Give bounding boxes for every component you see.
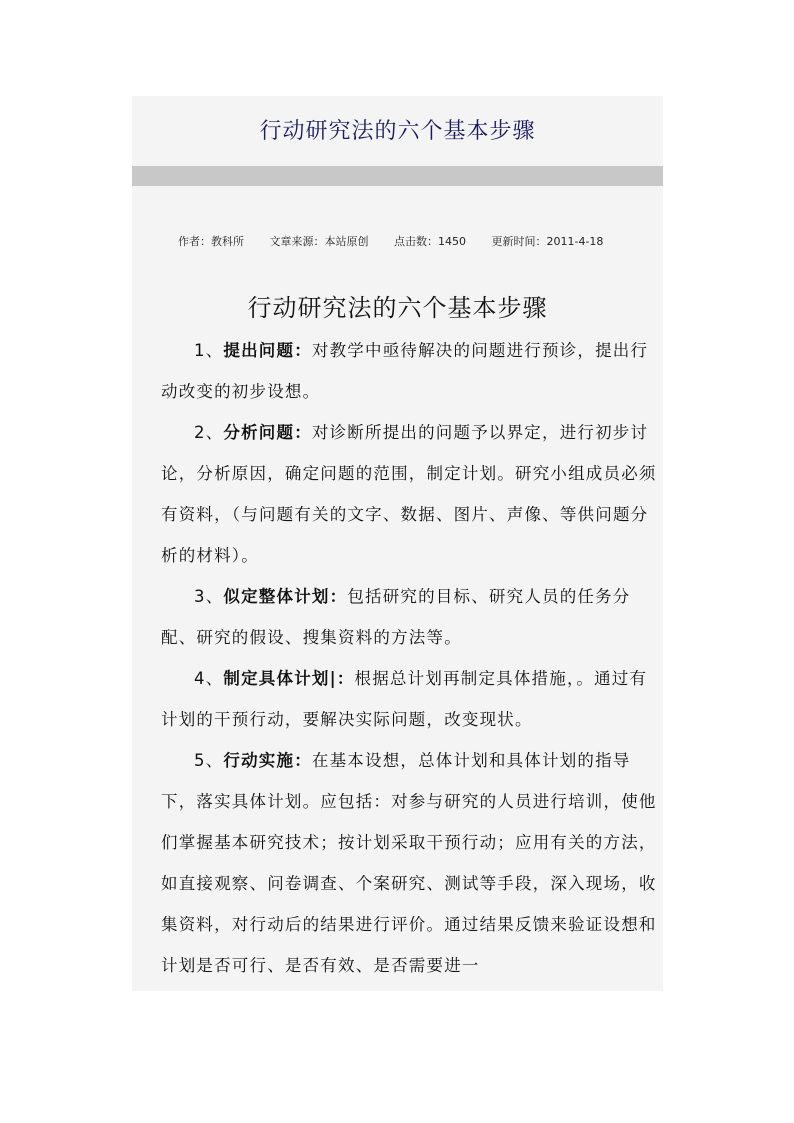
meta-author: 作者：教科所 [178, 235, 244, 248]
step-text: 在基本设想，总体计划和具体计划的指导下，落实具体计划。应包括：对参与研究的人员进… [161, 751, 657, 975]
divider-bar [132, 166, 663, 186]
article-panel: 行动研究法的六个基本步骤 作者：教科所 文章来源：本站原创 点击数：1450 更… [132, 96, 663, 991]
step-number: 2、 [194, 423, 223, 442]
meta-source-value: 本站原创 [325, 235, 369, 248]
step-heading: 分析问题： [223, 423, 312, 442]
page-title: 行动研究法的六个基本步骤 [132, 114, 663, 145]
step-paragraph: 5、行动实施：在基本设想，总体计划和具体计划的指导下，落实具体计划。应包括：对参… [161, 740, 661, 986]
step-heading: 提出问题： [223, 341, 312, 360]
step-heading: 制定具体计划|： [223, 669, 354, 688]
step-paragraph: 4、制定具体计划|：根据总计划再制定具体措施，。通过有计划的干预行动，要解决实际… [161, 658, 661, 740]
step-paragraph: 1、提出问题：对教学中亟待解决的问题进行预诊，提出行动改变的初步设想。 [161, 330, 661, 412]
step-number: 1、 [194, 341, 223, 360]
meta-updated-label: 更新时间： [492, 235, 547, 248]
step-number: 3、 [194, 587, 223, 606]
step-heading: 似定整体计划： [223, 587, 347, 606]
article-body: 1、提出问题：对教学中亟待解决的问题进行预诊，提出行动改变的初步设想。 2、分析… [161, 330, 661, 986]
article-meta: 作者：教科所 文章来源：本站原创 点击数：1450 更新时间：2011-4-18 [178, 233, 625, 249]
meta-source: 文章来源：本站原创 [270, 235, 369, 248]
meta-updated-value: 2011-4-18 [547, 235, 604, 248]
meta-clicks-value: 1450 [438, 235, 466, 248]
article-title: 行动研究法的六个基本步骤 [132, 288, 663, 323]
step-number: 4、 [194, 669, 223, 688]
meta-updated: 更新时间：2011-4-18 [492, 235, 604, 248]
step-paragraph: 3、似定整体计划：包括研究的目标、研究人员的任务分配、研究的假设、搜集资料的方法… [161, 576, 661, 658]
step-paragraph: 2、分析问题：对诊断所提出的问题予以界定，进行初步讨论，分析原因，确定问题的范围… [161, 412, 661, 576]
meta-author-label: 作者： [178, 235, 211, 248]
step-number: 5、 [194, 751, 223, 770]
meta-source-label: 文章来源： [270, 235, 325, 248]
meta-author-value: 教科所 [211, 235, 244, 248]
step-heading: 行动实施： [223, 751, 312, 770]
meta-clicks-label: 点击数： [394, 235, 438, 248]
meta-clicks: 点击数：1450 [394, 235, 466, 248]
step-text: 对诊断所提出的问题予以界定，进行初步讨论，分析原因，确定问题的范围，制定计划。研… [161, 423, 657, 565]
